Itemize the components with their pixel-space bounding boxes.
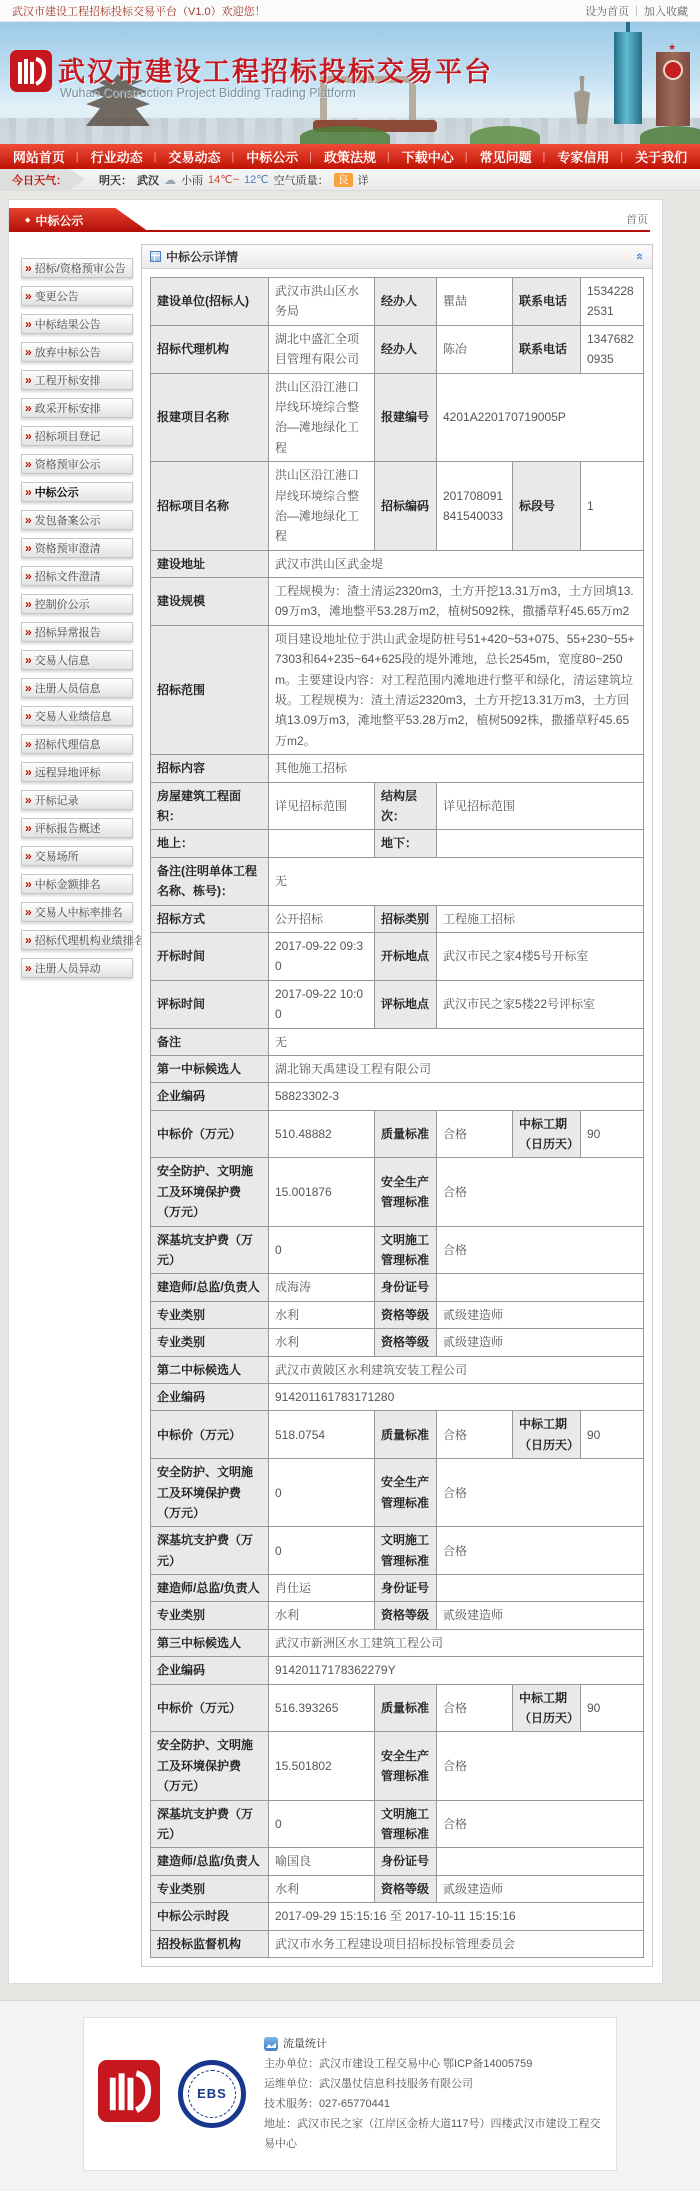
- field-label: 建设规模: [151, 578, 269, 626]
- table-row: 建造师/总监/负责人喻国良身份证号: [151, 1848, 644, 1875]
- field-value: 合格: [437, 1732, 644, 1800]
- sidebar-item[interactable]: »交易人信息: [21, 650, 133, 670]
- field-value: 公开招标: [269, 905, 375, 932]
- nav-item-7[interactable]: 专家信用: [544, 144, 622, 169]
- separator: |: [635, 5, 638, 17]
- banner-trees: [640, 126, 700, 144]
- field-label: 招标编码: [375, 462, 437, 551]
- field-label: 安全防护、文明施工及环境保护费（万元）: [151, 1459, 269, 1527]
- table-row: 安全防护、文明施工及环境保护费（万元）0安全生产管理标准合格: [151, 1459, 644, 1527]
- field-value: 水利: [269, 1301, 375, 1328]
- double-arrow-icon: »: [25, 905, 32, 919]
- sidebar-item-label: 政采开标安排: [35, 400, 101, 416]
- footer-logo-icon: [98, 2060, 160, 2127]
- temp-low: 12℃: [244, 173, 269, 186]
- weather-detail-link[interactable]: 详: [358, 172, 369, 188]
- field-value: 合格: [437, 1411, 513, 1459]
- field-label: 标段号: [513, 462, 581, 551]
- sidebar: »招标/资格预审公告»变更公告»中标结果公告»放弃中标公告»工程开标安排»政采开…: [21, 244, 133, 986]
- field-label: 文明施工管理标准: [375, 1527, 437, 1575]
- field-label: 专业类别: [151, 1329, 269, 1356]
- sidebar-item[interactable]: »放弃中标公告: [21, 342, 133, 362]
- sidebar-item[interactable]: »招标代理信息: [21, 734, 133, 754]
- table-row: 建设地址武汉市洪山区武金堤: [151, 550, 644, 577]
- sidebar-item[interactable]: »交易人中标率排名: [21, 902, 133, 922]
- field-value: 喻国良: [269, 1848, 375, 1875]
- table-row: 评标时间2017-09-22 10:00评标地点武汉市民之家5楼22号评标室: [151, 980, 644, 1028]
- content-container: ◆ 中标公示 首页 »招标/资格预审公告»变更公告»中标结果公告»放弃中标公告»…: [8, 199, 663, 1984]
- sidebar-item-label: 招标异常报告: [35, 624, 101, 640]
- table-row: 招投标监督机构武汉市水务工程建设项目招标投标管理委员会: [151, 1930, 644, 1957]
- sidebar-item[interactable]: »控制价公示: [21, 594, 133, 614]
- field-value: 水利: [269, 1602, 375, 1629]
- table-row: 企业编码58823302-3: [151, 1083, 644, 1110]
- sidebar-item-label: 工程开标安排: [35, 372, 101, 388]
- field-label: 安全防护、文明施工及环境保护费（万元）: [151, 1732, 269, 1800]
- field-label: 中标工期（日历天）: [513, 1110, 581, 1158]
- table-row: 中标公示时段2017-09-29 15:15:16 至 2017-10-11 1…: [151, 1903, 644, 1930]
- add-favorite-link[interactable]: 加入收藏: [644, 3, 688, 19]
- field-label: 招标类别: [375, 905, 437, 932]
- sidebar-item[interactable]: »招标代理机构业绩排名: [21, 930, 133, 950]
- field-value: 合格: [437, 1459, 644, 1527]
- main-nav: 网站首页行业动态交易动态中标公示政策法规下载中心常见问题专家信用关于我们: [0, 144, 700, 169]
- double-arrow-icon: »: [25, 681, 32, 695]
- field-label: 资格等级: [375, 1602, 437, 1629]
- double-arrow-icon: »: [25, 513, 32, 527]
- field-value: 4201A220170719005P: [437, 373, 644, 462]
- field-label: 文明施工管理标准: [375, 1800, 437, 1848]
- field-value: 0: [269, 1800, 375, 1848]
- field-label: 招标项目名称: [151, 462, 269, 551]
- field-value: 0: [269, 1527, 375, 1575]
- field-value: 无: [269, 857, 644, 905]
- field-value: 58823302-3: [269, 1083, 644, 1110]
- set-home-link[interactable]: 设为首页: [585, 3, 629, 19]
- double-arrow-icon: »: [25, 457, 32, 471]
- welcome-text: 武汉市建设工程招标投标交易平台（V1.0）欢迎您！: [12, 3, 266, 19]
- field-label: 开标时间: [151, 932, 269, 980]
- field-label: 质量标准: [375, 1411, 437, 1459]
- table-row: 专业类别水利资格等级贰级建造师: [151, 1602, 644, 1629]
- sidebar-item[interactable]: »注册人员异动: [21, 958, 133, 978]
- field-value: 90: [581, 1110, 644, 1158]
- table-row: 房屋建筑工程面积：详见招标范围结构层次：详见招标范围: [151, 782, 644, 830]
- table-row: 专业类别水利资格等级贰级建造师: [151, 1301, 644, 1328]
- sidebar-item-label: 远程异地评标: [35, 764, 101, 780]
- field-value: 91420117178362279Y: [269, 1657, 644, 1684]
- field-value: 2017-09-29 15:15:16 至 2017-10-11 15:15:1…: [269, 1903, 644, 1930]
- footer-operator: 运维单位：武汉墨仗信息科技服务有限公司: [264, 2074, 602, 2094]
- field-value: 陈冶: [437, 325, 513, 373]
- air-quality-label: 空气质量：: [274, 172, 329, 188]
- table-row: 地上：地下：: [151, 830, 644, 857]
- field-value: [437, 1575, 644, 1602]
- weather-condition: 小雨: [181, 172, 203, 188]
- field-label: 报建编号: [375, 373, 437, 462]
- field-value: 914201161783171280: [269, 1383, 644, 1410]
- field-label: 备注(注明单体工程名称、栋号)：: [151, 857, 269, 905]
- nav-item-3[interactable]: 中标公示: [233, 144, 311, 169]
- double-arrow-icon: »: [25, 737, 32, 751]
- field-label: 评标时间: [151, 980, 269, 1028]
- table-row: 中标价（万元）516.393265质量标准合格中标工期（日历天）90: [151, 1684, 644, 1732]
- home-link[interactable]: 首页: [626, 211, 648, 227]
- sidebar-item[interactable]: »评标报告概述: [21, 818, 133, 838]
- double-arrow-icon: »: [25, 597, 32, 611]
- sidebar-item-label: 交易人信息: [35, 652, 90, 668]
- field-label: 地下：: [375, 830, 437, 857]
- field-value: 武汉市民之家5楼22号评标室: [437, 980, 644, 1028]
- field-label: 资格等级: [375, 1875, 437, 1902]
- weather-label: 今日天气：: [0, 169, 85, 190]
- field-label: 身份证号: [375, 1575, 437, 1602]
- field-value: 0: [269, 1459, 375, 1527]
- traffic-chart-icon: [264, 2037, 278, 2051]
- field-value: 15.001876: [269, 1158, 375, 1226]
- field-value: 武汉市水务工程建设项目招标投标管理委员会: [269, 1930, 644, 1957]
- field-label: 评标地点: [375, 980, 437, 1028]
- field-value: 90: [581, 1684, 644, 1732]
- sidebar-item-label: 交易人业绩信息: [35, 708, 112, 724]
- field-label: 经办人: [375, 278, 437, 326]
- field-value: 湖北中盛汇全项目管理有限公司: [269, 325, 375, 373]
- field-value: [437, 1274, 644, 1301]
- table-row: 建设单位(招标人)武汉市洪山区水务局经办人瞿喆联系电话15342282531: [151, 278, 644, 326]
- field-label: 企业编码: [151, 1383, 269, 1410]
- sidebar-item[interactable]: »资格预审公示: [21, 454, 133, 474]
- field-value: [437, 1848, 644, 1875]
- double-arrow-icon: »: [25, 765, 32, 779]
- table-row: 中标价（万元）518.0754质量标准合格中标工期（日历天）90: [151, 1411, 644, 1459]
- field-label: 安全生产管理标准: [375, 1732, 437, 1800]
- double-arrow-icon: »: [25, 625, 32, 639]
- field-value: 贰级建造师: [437, 1602, 644, 1629]
- sidebar-item-label: 发包备案公示: [35, 512, 101, 528]
- double-arrow-icon: »: [25, 317, 32, 331]
- sidebar-item-label: 放弃中标公告: [35, 344, 101, 360]
- field-value: [437, 830, 644, 857]
- table-row: 第一中标候选人湖北锦天禹建设工程有限公司: [151, 1055, 644, 1082]
- weather-bar: 今日天气： 明天： 武汉 ☁ 小雨 14℃~ 12℃ 空气质量： 良 详: [0, 169, 700, 191]
- table-row: 深基坑支护费（万元）0文明施工管理标准合格: [151, 1800, 644, 1848]
- field-value: 13476820935: [581, 325, 644, 373]
- footer: EBS 流量统计 主办单位：武汉市建设工程交易中心 鄂ICP备14005759 …: [0, 2000, 700, 2191]
- table-row: 第三中标候选人武汉市新洲区水工建筑工程公司: [151, 1629, 644, 1656]
- field-label: 质量标准: [375, 1110, 437, 1158]
- field-label: 招标范围: [151, 625, 269, 754]
- field-value: 湖北锦天禹建设工程有限公司: [269, 1055, 644, 1082]
- field-value: 工程规模为：渣土清运2320m3，土方开挖13.31万m3，土方回填13.09万…: [269, 578, 644, 626]
- table-row: 深基坑支护费（万元）0文明施工管理标准合格: [151, 1226, 644, 1274]
- field-value: 武汉市洪山区武金堤: [269, 550, 644, 577]
- traffic-stats-link[interactable]: 流量统计: [264, 2034, 602, 2054]
- field-value: 合格: [437, 1800, 644, 1848]
- ebs-seal-text: EBS: [188, 2070, 236, 2118]
- table-row: 备注(注明单体工程名称、栋号)：无: [151, 857, 644, 905]
- sidebar-item[interactable]: »注册人员信息: [21, 678, 133, 698]
- traffic-stats-label: 流量统计: [283, 2034, 327, 2054]
- field-value: 武汉市洪山区水务局: [269, 278, 375, 326]
- field-value: 2017-09-22 10:00: [269, 980, 375, 1028]
- double-arrow-icon: »: [25, 877, 32, 891]
- field-value: 贰级建造师: [437, 1329, 644, 1356]
- banner-trees: [300, 126, 390, 144]
- grid-icon: [150, 251, 161, 262]
- field-value: 武汉市民之家4楼5号开标室: [437, 932, 644, 980]
- sidebar-item-label: 注册人员异动: [35, 960, 101, 976]
- nav-item-6[interactable]: 常见问题: [467, 144, 545, 169]
- field-value: 瞿喆: [437, 278, 513, 326]
- table-row: 招标范围项目建设地址位于洪山武金堤防桩号51+420~53+075、55+230…: [151, 625, 644, 754]
- clock-tower: [656, 52, 690, 126]
- field-label: 深基坑支护费（万元）: [151, 1800, 269, 1848]
- field-label: 建设地址: [151, 550, 269, 577]
- field-value: 肖仕运: [269, 1575, 375, 1602]
- collapse-up-icon[interactable]: «: [634, 253, 647, 260]
- field-label: 备注: [151, 1028, 269, 1055]
- field-value: 洪山区沿江港口岸线环境综合整治—滩地绿化工程: [269, 373, 375, 462]
- field-value: 合格: [437, 1226, 644, 1274]
- field-label: 身份证号: [375, 1274, 437, 1301]
- field-label: 文明施工管理标准: [375, 1226, 437, 1274]
- site-title: 武汉市建设工程招标投标交易平台: [58, 50, 493, 89]
- double-arrow-icon: »: [25, 653, 32, 667]
- field-value: 516.393265: [269, 1684, 375, 1732]
- sidebar-item-label: 招标项目登记: [35, 428, 101, 444]
- table-row: 中标价（万元）510.48882质量标准合格中标工期（日历天）90: [151, 1110, 644, 1158]
- sidebar-item-label: 中标结果公告: [35, 316, 101, 332]
- double-arrow-icon: »: [25, 569, 32, 583]
- double-arrow-icon: »: [25, 345, 32, 359]
- field-value: 工程施工招标: [437, 905, 644, 932]
- nav-item-4[interactable]: 政策法规: [311, 144, 389, 169]
- footer-box: EBS 流量统计 主办单位：武汉市建设工程交易中心 鄂ICP备14005759 …: [83, 2017, 617, 2171]
- field-label: 结构层次：: [375, 782, 437, 830]
- table-row: 招标代理机构湖北中盛汇全项目管理有限公司经办人陈冶联系电话13476820935: [151, 325, 644, 373]
- sidebar-item-label: 招标文件澄清: [35, 568, 101, 584]
- field-label: 招标方式: [151, 905, 269, 932]
- site-logo-icon: [10, 50, 52, 97]
- field-label: 联系电话: [513, 278, 581, 326]
- nav-item-8[interactable]: 关于我们: [622, 144, 700, 169]
- field-label: 报建项目名称: [151, 373, 269, 462]
- sidebar-item[interactable]: »工程开标安排: [21, 370, 133, 390]
- sidebar-item-label: 交易场所: [35, 848, 79, 864]
- field-label: 建造师/总监/负责人: [151, 1274, 269, 1301]
- field-value: 详见招标范围: [437, 782, 644, 830]
- field-label: 深基坑支护费（万元）: [151, 1527, 269, 1575]
- field-value: 项目建设地址位于洪山武金堤防桩号51+420~53+075、55+230~55+…: [269, 625, 644, 754]
- field-value: [269, 830, 375, 857]
- double-arrow-icon: »: [25, 261, 32, 275]
- field-label: 建设单位(招标人): [151, 278, 269, 326]
- sidebar-item-label: 变更公告: [35, 288, 79, 304]
- field-label: 建造师/总监/负责人: [151, 1575, 269, 1602]
- sidebar-item-label: 开标记录: [35, 792, 79, 808]
- sidebar-item[interactable]: »招标异常报告: [21, 622, 133, 642]
- field-label: 深基坑支护费（万元）: [151, 1226, 269, 1274]
- nav-item-0[interactable]: 网站首页: [0, 144, 78, 169]
- field-label: 中标公示时段: [151, 1903, 269, 1930]
- field-value: 合格: [437, 1158, 644, 1226]
- field-label: 安全生产管理标准: [375, 1158, 437, 1226]
- weather-city: 武汉: [137, 172, 159, 188]
- tomorrow-label: 明天：: [99, 172, 132, 188]
- table-row: 招标内容其他施工招标: [151, 755, 644, 782]
- field-label: 中标工期（日历天）: [513, 1411, 581, 1459]
- sidebar-item[interactable]: »中标结果公告: [21, 314, 133, 334]
- sidebar-item[interactable]: »招标文件澄清: [21, 566, 133, 586]
- sidebar-item[interactable]: »中标公示: [21, 482, 133, 502]
- double-arrow-icon: »: [25, 821, 32, 835]
- table-row: 深基坑支护费（万元）0文明施工管理标准合格: [151, 1527, 644, 1575]
- sidebar-item-label: 招标代理机构业绩排名: [35, 932, 145, 948]
- nav-item-5[interactable]: 下载中心: [389, 144, 467, 169]
- skyscraper: [614, 32, 642, 124]
- field-value: 合格: [437, 1110, 513, 1158]
- sidebar-item[interactable]: »远程异地评标: [21, 762, 133, 782]
- field-value: 201708091841540033: [437, 462, 513, 551]
- sidebar-item[interactable]: »变更公告: [21, 286, 133, 306]
- sidebar-item-label: 中标公示: [35, 484, 79, 500]
- nav-item-1[interactable]: 行业动态: [78, 144, 156, 169]
- field-label: 第三中标候选人: [151, 1629, 269, 1656]
- field-label: 安全防护、文明施工及环境保护费（万元）: [151, 1158, 269, 1226]
- field-label: 招标代理机构: [151, 325, 269, 373]
- table-row: 企业编码914201161783171280: [151, 1383, 644, 1410]
- sidebar-item-label: 评标报告概述: [35, 820, 101, 836]
- table-row: 招标项目名称洪山区沿江港口岸线环境综合整治—滩地绿化工程招标编码20170809…: [151, 462, 644, 551]
- field-value: 0: [269, 1226, 375, 1274]
- field-value: 贰级建造师: [437, 1301, 644, 1328]
- table-row: 开标时间2017-09-22 09:30开标地点武汉市民之家4楼5号开标室: [151, 932, 644, 980]
- detail-panel: 中标公示详情 « 建设单位(招标人)武汉市洪山区水务局经办人瞿喆联系电话1534…: [141, 244, 653, 1967]
- field-label: 资格等级: [375, 1329, 437, 1356]
- banner-trees: [470, 126, 540, 144]
- double-arrow-icon: »: [25, 709, 32, 723]
- double-arrow-icon: »: [25, 933, 32, 947]
- section-title: 中标公示: [35, 212, 83, 229]
- sidebar-item-label: 控制价公示: [35, 596, 90, 612]
- field-label: 企业编码: [151, 1657, 269, 1684]
- sidebar-item[interactable]: »发包备案公示: [21, 510, 133, 530]
- double-arrow-icon: »: [25, 849, 32, 863]
- field-value: 15.501802: [269, 1732, 375, 1800]
- field-value: 洪山区沿江港口岸线环境综合整治—滩地绿化工程: [269, 462, 375, 551]
- section-ribbon: ◆ 中标公示: [9, 208, 149, 232]
- double-arrow-icon: »: [25, 793, 32, 807]
- air-quality-badge: 良: [334, 173, 353, 187]
- field-value: 水利: [269, 1329, 375, 1356]
- double-arrow-icon: »: [25, 401, 32, 415]
- field-label: 质量标准: [375, 1684, 437, 1732]
- table-row: 建设规模工程规模为：渣土清运2320m3，土方开挖13.31万m3，土方回填13…: [151, 578, 644, 626]
- sidebar-item-label: 招标代理信息: [35, 736, 101, 752]
- field-value: 武汉市新洲区水工建筑工程公司: [269, 1629, 644, 1656]
- page-body: ◆ 中标公示 首页 »招标/资格预审公告»变更公告»中标结果公告»放弃中标公告»…: [0, 191, 700, 1996]
- field-label: 身份证号: [375, 1848, 437, 1875]
- panel-header: 中标公示详情 «: [142, 245, 652, 269]
- sidebar-item[interactable]: »政采开标安排: [21, 398, 133, 418]
- field-label: 房屋建筑工程面积：: [151, 782, 269, 830]
- field-label: 中标价（万元）: [151, 1411, 269, 1459]
- field-value: 其他施工招标: [269, 755, 644, 782]
- sidebar-item-label: 中标金额排名: [35, 876, 101, 892]
- sidebar-item[interactable]: »招标项目登记: [21, 426, 133, 446]
- field-label: 安全生产管理标准: [375, 1459, 437, 1527]
- field-label: 中标工期（日历天）: [513, 1684, 581, 1732]
- footer-sponsor: 主办单位：武汉市建设工程交易中心 鄂ICP备14005759: [264, 2054, 602, 2074]
- field-label: 专业类别: [151, 1875, 269, 1902]
- double-arrow-icon: »: [25, 429, 32, 443]
- field-label: 企业编码: [151, 1083, 269, 1110]
- sidebar-item-label: 资格预审公示: [35, 456, 101, 472]
- field-value: 合格: [437, 1527, 644, 1575]
- sidebar-item[interactable]: »交易人业绩信息: [21, 706, 133, 726]
- sidebar-item[interactable]: »中标金额排名: [21, 874, 133, 894]
- ebs-certification-seal-icon: EBS: [178, 2060, 246, 2128]
- field-value: 510.48882: [269, 1110, 375, 1158]
- table-row: 备注无: [151, 1028, 644, 1055]
- table-row: 招标方式公开招标招标类别工程施工招标: [151, 905, 644, 932]
- temp-high: 14℃~: [208, 173, 239, 186]
- field-value: 成海涛: [269, 1274, 375, 1301]
- field-value: 贰级建造师: [437, 1875, 644, 1902]
- field-label: 建造师/总监/负责人: [151, 1848, 269, 1875]
- field-label: 专业类别: [151, 1602, 269, 1629]
- detail-table: 建设单位(招标人)武汉市洪山区水务局经办人瞿喆联系电话15342282531招标…: [150, 277, 644, 1958]
- footer-tech-service: 技术服务：027-65770441: [264, 2094, 602, 2114]
- cloud-rain-icon: ☁: [164, 173, 176, 187]
- sidebar-item[interactable]: »资格预审澄清: [21, 538, 133, 558]
- banner: 武汉市建设工程招标投标交易平台 Wuhan Construction Proje…: [0, 22, 700, 144]
- sidebar-item-label: 交易人中标率排名: [35, 904, 123, 920]
- field-value: 2017-09-22 09:30: [269, 932, 375, 980]
- field-value: 15342282531: [581, 278, 644, 326]
- field-value: 90: [581, 1411, 644, 1459]
- site-subtitle: Wuhan Construction Project Bidding Tradi…: [60, 86, 356, 100]
- nav-item-2[interactable]: 交易动态: [156, 144, 234, 169]
- table-row: 安全防护、文明施工及环境保护费（万元）15.001876安全生产管理标准合格: [151, 1158, 644, 1226]
- field-label: 中标价（万元）: [151, 1684, 269, 1732]
- field-label: 资格等级: [375, 1301, 437, 1328]
- sidebar-item[interactable]: »招标/资格预审公告: [21, 258, 133, 278]
- ribbon-bullet-icon: ◆: [25, 216, 30, 224]
- table-row: 企业编码91420117178362279Y: [151, 1657, 644, 1684]
- field-value: 水利: [269, 1875, 375, 1902]
- double-arrow-icon: »: [25, 289, 32, 303]
- double-arrow-icon: »: [25, 373, 32, 387]
- breadcrumb: ◆ 中标公示 首页: [21, 210, 650, 232]
- table-row: 专业类别水利资格等级贰级建造师: [151, 1329, 644, 1356]
- sidebar-item[interactable]: »交易场所: [21, 846, 133, 866]
- field-label: 招投标监督机构: [151, 1930, 269, 1957]
- field-value: 合格: [437, 1684, 513, 1732]
- field-label: 经办人: [375, 325, 437, 373]
- sidebar-item-label: 注册人员信息: [35, 680, 101, 696]
- sidebar-item-label: 资格预审澄清: [35, 540, 101, 556]
- field-value: 详见招标范围: [269, 782, 375, 830]
- table-row: 报建项目名称洪山区沿江港口岸线环境综合整治—滩地绿化工程报建编号4201A220…: [151, 373, 644, 462]
- field-label: 联系电话: [513, 325, 581, 373]
- sidebar-item[interactable]: »开标记录: [21, 790, 133, 810]
- table-row: 安全防护、文明施工及环境保护费（万元）15.501802安全生产管理标准合格: [151, 1732, 644, 1800]
- field-value: 518.0754: [269, 1411, 375, 1459]
- table-row: 建造师/总监/负责人成海涛身份证号: [151, 1274, 644, 1301]
- field-value: 无: [269, 1028, 644, 1055]
- table-row: 专业类别水利资格等级贰级建造师: [151, 1875, 644, 1902]
